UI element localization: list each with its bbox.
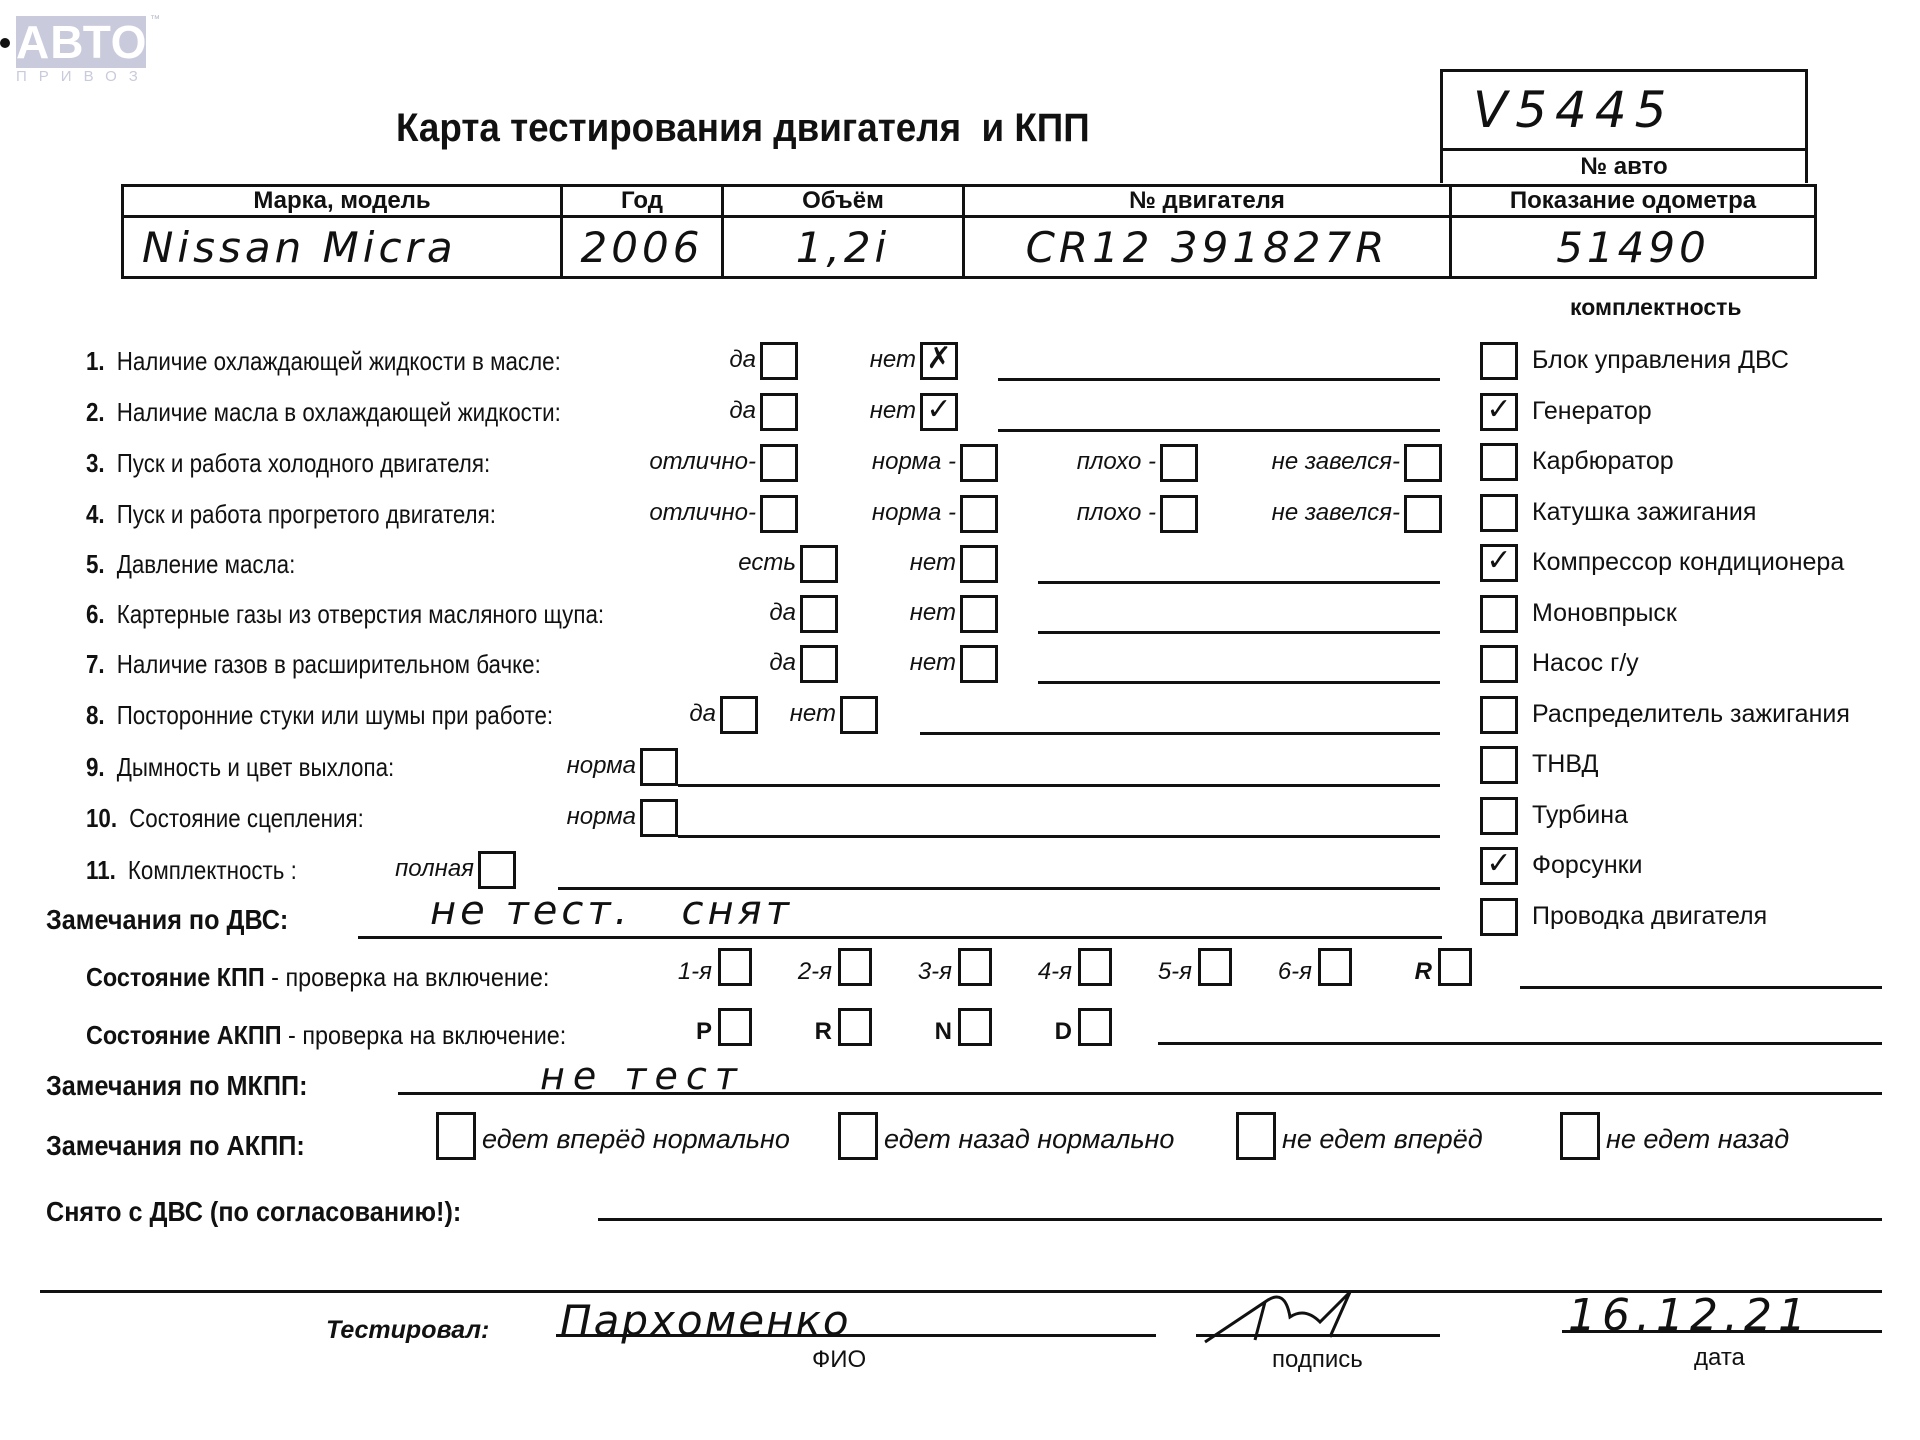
tested-by-label: Тестировал: xyxy=(326,1316,489,1345)
option-label: норма - xyxy=(872,448,956,476)
auto-remark-checkbox[interactable] xyxy=(1560,1112,1600,1160)
gear-label: 1-я xyxy=(678,958,712,986)
date-caption: дата xyxy=(1694,1344,1745,1372)
manual-gearbox-label: Состояние КПП - проверка на включение: xyxy=(86,962,549,993)
remark-line xyxy=(678,835,1440,838)
kit-checkbox[interactable]: ✓ xyxy=(1480,847,1518,885)
engine-number-value[interactable]: CR12 391827R xyxy=(964,217,1451,278)
row-number: 7. xyxy=(86,649,105,679)
page-title: Карта тестирования двигателя и КПП xyxy=(396,106,1090,151)
kit-item-label: Проводка двигателя xyxy=(1532,902,1767,931)
gear-label: R xyxy=(815,1018,832,1046)
checklist-row-label: 4.Пуск и работа прогретого двигателя: xyxy=(86,499,496,530)
gear-checkbox[interactable] xyxy=(1198,948,1232,986)
checklist-row-label: 3.Пуск и работа холодного двигателя: xyxy=(86,448,490,479)
kit-checkbox[interactable] xyxy=(1480,494,1518,532)
remark-line xyxy=(998,429,1440,432)
row-text: Состояние сцепления: xyxy=(117,803,364,833)
removed-parts-line xyxy=(598,1218,1882,1221)
option-label: да xyxy=(729,397,756,425)
checklist-row-label: 2.Наличие масла в охлаждающей жидкости: xyxy=(86,397,561,428)
auto-remark-label: не едет вперёд xyxy=(1282,1124,1483,1155)
checkmark-icon: ✓ xyxy=(1483,846,1515,881)
col-make-model: Марка, модель xyxy=(123,186,562,217)
option-label: плохо - xyxy=(1077,448,1156,476)
gear-checkbox[interactable] xyxy=(838,1008,872,1046)
signature-caption: подпись xyxy=(1272,1346,1363,1374)
auto-number-value[interactable]: V5445 xyxy=(1443,72,1805,151)
auto-remark-label: едет вперёд нормально xyxy=(482,1124,790,1155)
kit-item-label: ТНВД xyxy=(1532,750,1598,779)
option-checkbox[interactable] xyxy=(800,595,838,633)
row-number: 1. xyxy=(86,346,105,376)
row-number: 11. xyxy=(86,855,116,885)
kit-item-label: Моновпрыск xyxy=(1532,599,1677,628)
auto-remarks-label: Замечания по АКПП: xyxy=(46,1130,305,1162)
option-checkbox[interactable] xyxy=(960,495,998,533)
kit-checkbox[interactable] xyxy=(1480,696,1518,734)
option-label: есть xyxy=(738,549,796,577)
gear-label: P xyxy=(696,1018,712,1046)
logo: АВТО xyxy=(16,16,146,68)
row-number: 3. xyxy=(86,448,105,478)
odometer-value[interactable]: 51490 xyxy=(1451,217,1816,278)
manual-gearbox-line xyxy=(1520,986,1882,989)
row-text: Дымность и цвет выхлопа: xyxy=(105,752,395,782)
auto-remark-checkbox[interactable] xyxy=(436,1112,476,1160)
option-checkbox[interactable] xyxy=(1160,495,1198,533)
option-label: плохо - xyxy=(1077,499,1156,527)
gear-label: 2-я xyxy=(798,958,832,986)
option-label: нет xyxy=(870,397,916,425)
option-checkbox[interactable] xyxy=(478,851,516,889)
option-label: да xyxy=(769,649,796,677)
signature[interactable] xyxy=(1195,1282,1435,1352)
kit-item-label: Блок управления ДВС xyxy=(1532,346,1789,375)
name-caption: ФИО xyxy=(812,1346,866,1374)
option-checkbox[interactable] xyxy=(640,748,678,786)
gear-checkbox[interactable] xyxy=(718,1008,752,1046)
option-label: не завелся- xyxy=(1272,499,1400,527)
engine-remarks-label: Замечания по ДВС: xyxy=(46,904,288,936)
kit-item-label: Компрессор кондиционера xyxy=(1532,548,1844,577)
col-year: Год xyxy=(562,186,723,217)
row-text: Посторонние стуки или шумы при работе: xyxy=(105,700,553,730)
checklist-row-label: 9.Дымность и цвет выхлопа: xyxy=(86,752,394,783)
option-label: нет xyxy=(910,599,956,627)
option-checkbox[interactable] xyxy=(960,595,998,633)
remark-line xyxy=(920,732,1440,735)
kit-item-label: Форсунки xyxy=(1532,851,1643,880)
tester-name-value[interactable]: Пархоменко xyxy=(560,1296,851,1345)
row-text: Комплектность : xyxy=(116,855,297,885)
row-text: Давление масла: xyxy=(105,549,296,579)
option-label: норма xyxy=(567,803,636,831)
checklist-row-label: 7.Наличие газов в расширительном бачке: xyxy=(86,649,541,680)
row-number: 8. xyxy=(86,700,105,730)
option-checkbox[interactable] xyxy=(800,645,838,683)
gear-checkbox[interactable] xyxy=(1438,948,1472,986)
auto-gearbox-label: Состояние АКПП - проверка на включение: xyxy=(86,1020,566,1051)
kit-checkbox[interactable] xyxy=(1480,797,1518,835)
kit-checkbox[interactable] xyxy=(1480,595,1518,633)
kit-checkbox[interactable] xyxy=(1480,342,1518,380)
checklist-row-label: 8.Посторонние стуки или шумы при работе: xyxy=(86,700,553,731)
col-engine-number: № двигателя xyxy=(964,186,1451,217)
engine-remarks-line xyxy=(358,936,1442,939)
remark-line xyxy=(1038,631,1440,634)
date-line xyxy=(1562,1330,1882,1333)
row-text: Наличие масла в охлаждающей жидкости: xyxy=(105,397,561,427)
option-label: да xyxy=(729,346,756,374)
row-text: Наличие охлаждающей жидкости в масле: xyxy=(105,346,561,376)
checkmark-icon: ✓ xyxy=(1483,543,1515,578)
option-label: отлично- xyxy=(649,448,756,476)
row-text: Пуск и работа холодного двигателя: xyxy=(105,448,491,478)
checklist-row-label: 1.Наличие охлаждающей жидкости в масле: xyxy=(86,346,561,377)
kit-item-label: Катушка зажигания xyxy=(1532,498,1756,527)
gear-label: D xyxy=(1055,1018,1072,1046)
kit-checkbox[interactable] xyxy=(1480,746,1518,784)
kit-checkbox[interactable] xyxy=(1480,645,1518,683)
gear-checkbox[interactable] xyxy=(1318,948,1352,986)
row-text: Наличие газов в расширительном бачке: xyxy=(105,649,541,679)
option-checkbox[interactable] xyxy=(720,696,758,734)
make-model-value[interactable]: Nissan Micra xyxy=(123,217,562,278)
auto-gearbox-line xyxy=(1158,1042,1882,1045)
remark-line xyxy=(1038,681,1440,684)
option-checkbox[interactable] xyxy=(1404,495,1442,533)
remark-line xyxy=(1038,581,1440,584)
option-label: нет xyxy=(790,700,836,728)
checkmark-icon: ✓ xyxy=(1483,392,1515,427)
option-label: полная xyxy=(395,855,474,883)
vehicle-info-table: Марка, модель Год Объём № двигателя Пока… xyxy=(121,184,1817,279)
kit-item-label: Карбюратор xyxy=(1532,447,1674,476)
remark-line xyxy=(678,784,1440,787)
option-checkbox[interactable] xyxy=(760,342,798,380)
gear-label: 6-я xyxy=(1278,958,1312,986)
option-label: норма - xyxy=(872,499,956,527)
option-checkbox[interactable] xyxy=(960,545,998,583)
gear-checkbox[interactable] xyxy=(838,948,872,986)
option-label: нет xyxy=(910,549,956,577)
date-value[interactable]: 16.12.21 xyxy=(1568,1290,1812,1341)
kit-checkbox[interactable]: ✓ xyxy=(1480,393,1518,431)
kit-heading: комплектность xyxy=(1570,294,1742,321)
year-value[interactable]: 2006 xyxy=(562,217,723,278)
option-checkbox[interactable] xyxy=(960,444,998,482)
row-text: Картерные газы из отверстия масляного щу… xyxy=(105,599,604,629)
option-label: да xyxy=(689,700,716,728)
option-label: не завелся- xyxy=(1272,448,1400,476)
row-number: 5. xyxy=(86,549,105,579)
auto-number-box: V5445 № авто xyxy=(1440,69,1808,183)
kit-item-label: Насос г/у xyxy=(1532,649,1639,678)
auto-remark-label: не едет назад xyxy=(1606,1124,1789,1155)
option-label: да xyxy=(769,599,796,627)
checklist-row-label: 10.Состояние сцепления: xyxy=(86,803,364,834)
row-number: 10. xyxy=(86,803,117,833)
gear-checkbox[interactable] xyxy=(958,948,992,986)
removed-parts-label: Снято с ДВС (по согласованию!): xyxy=(46,1196,461,1228)
row-text: Пуск и работа прогретого двигателя: xyxy=(105,499,496,529)
option-label: нет xyxy=(870,346,916,374)
kit-checkbox[interactable] xyxy=(1480,898,1518,936)
gear-checkbox[interactable] xyxy=(958,1008,992,1046)
option-checkbox[interactable] xyxy=(640,799,678,837)
auto-number-label: № авто xyxy=(1443,151,1805,183)
auto-remark-label: едет назад нормально xyxy=(884,1124,1174,1155)
remark-line xyxy=(998,378,1440,381)
row-number: 4. xyxy=(86,499,105,529)
name-line xyxy=(556,1334,1156,1337)
col-volume: Объём xyxy=(723,186,964,217)
option-checkbox[interactable]: ✓ xyxy=(920,393,958,431)
kit-item-label: Генератор xyxy=(1532,397,1652,426)
engine-remarks-value[interactable]: не тест. снят xyxy=(430,888,793,934)
kit-item-label: Распределитель зажигания xyxy=(1532,700,1850,729)
gear-checkbox[interactable] xyxy=(1078,948,1112,986)
auto-remark-checkbox[interactable] xyxy=(1236,1112,1276,1160)
checkmark-icon: ✗ xyxy=(923,341,955,376)
gear-label: 5-я xyxy=(1158,958,1192,986)
checklist-row-label: 5.Давление масла: xyxy=(86,549,295,580)
gear-label: N xyxy=(935,1018,952,1046)
option-checkbox[interactable] xyxy=(760,393,798,431)
option-label: нет xyxy=(910,649,956,677)
kit-checkbox[interactable] xyxy=(1480,443,1518,481)
option-checkbox[interactable] xyxy=(1404,444,1442,482)
col-odometer: Показание одометра xyxy=(1451,186,1816,217)
volume-value[interactable]: 1,2i xyxy=(723,217,964,278)
option-checkbox[interactable]: ✗ xyxy=(920,342,958,380)
checklist-row-label: 6.Картерные газы из отверстия масляного … xyxy=(86,599,604,630)
scan-speck xyxy=(0,38,10,48)
option-label: норма xyxy=(567,752,636,780)
gear-checkbox[interactable] xyxy=(1078,1008,1112,1046)
logo-subtitle: ПРИВОЗ xyxy=(16,68,146,85)
row-number: 9. xyxy=(86,752,105,782)
kit-checkbox[interactable]: ✓ xyxy=(1480,544,1518,582)
option-checkbox[interactable] xyxy=(960,645,998,683)
option-checkbox[interactable] xyxy=(800,545,838,583)
auto-remark-checkbox[interactable] xyxy=(838,1112,878,1160)
kit-item-label: Турбина xyxy=(1532,801,1628,830)
gear-label: 3-я xyxy=(918,958,952,986)
row-number: 6. xyxy=(86,599,105,629)
checkmark-icon: ✓ xyxy=(923,392,955,427)
gear-checkbox[interactable] xyxy=(718,948,752,986)
manual-remarks-line xyxy=(398,1092,1882,1095)
option-checkbox[interactable] xyxy=(760,495,798,533)
gear-label: R xyxy=(1415,958,1432,986)
gear-label: 4-я xyxy=(1038,958,1072,986)
option-label: отлично- xyxy=(649,499,756,527)
option-checkbox[interactable] xyxy=(1160,444,1198,482)
checklist-row-label: 11.Комплектность : xyxy=(86,855,297,886)
manual-remarks-label: Замечания по МКПП: xyxy=(46,1070,308,1102)
logo-trademark: ™ xyxy=(150,14,160,25)
row-number: 2. xyxy=(86,397,105,427)
signature-line xyxy=(1196,1334,1440,1337)
option-checkbox[interactable] xyxy=(760,444,798,482)
option-checkbox[interactable] xyxy=(840,696,878,734)
